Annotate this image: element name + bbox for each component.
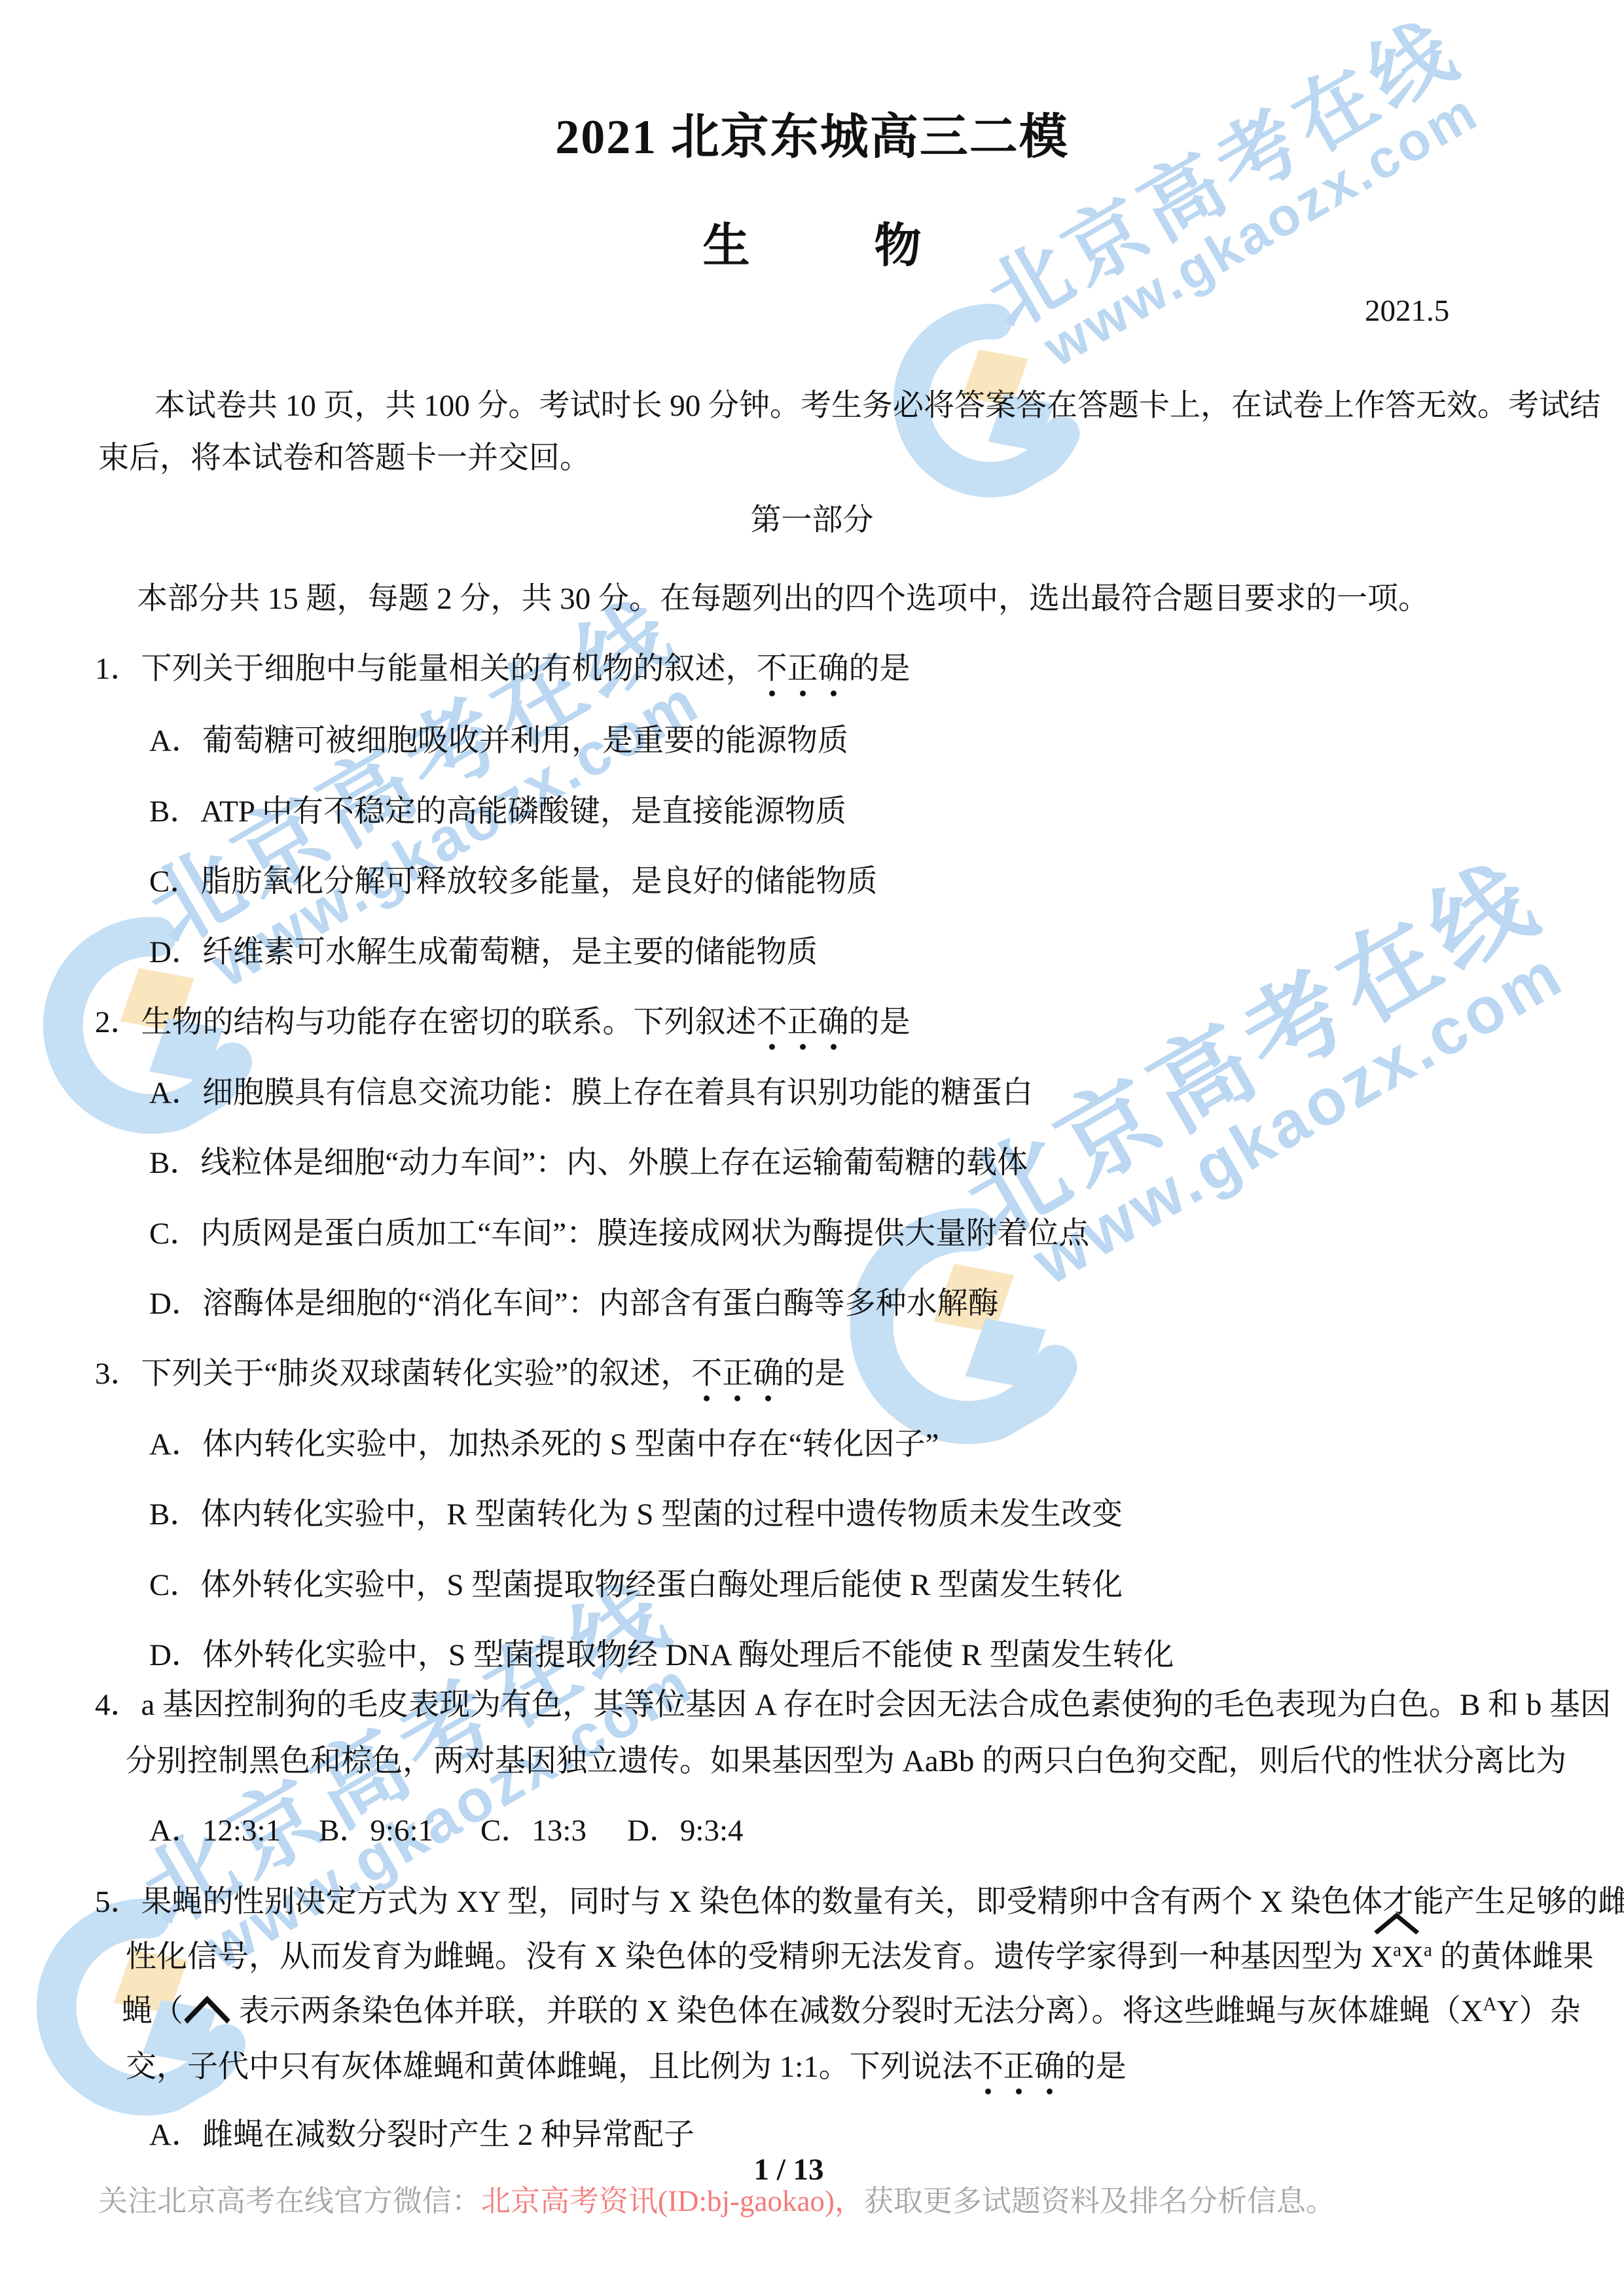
q3-stem: 3．下列关于“肺炎双球菌转化实验”的叙述，不正确的是 bbox=[95, 1354, 845, 1393]
q5-stem-line-3: 蝇（ 表示两条染色体并联，并联的 X 染色体在减数分裂时无法分离）。将这些雌蝇与… bbox=[122, 1992, 1580, 2031]
footer-note: 关注北京高考在线官方微信：北京高考资讯(ID:bj-gaokao)，获取更多试题… bbox=[98, 2177, 1335, 2219]
superscript-allele: A bbox=[1483, 1994, 1496, 2015]
intro-line-1: 本试卷共 10 页，共 100 分。考试时长 90 分钟。考生务必将答案答在答题… bbox=[154, 386, 1600, 425]
emphasized-text: 不正确 bbox=[757, 652, 849, 697]
q4-options-row: A．12:3:1B．9:6:1C．13:3D．9:3:4 bbox=[149, 1811, 744, 1850]
intro-line-2: 束后，将本试卷和答题卡一并交回。 bbox=[98, 439, 590, 478]
q5-stem-line-2: 性化信号，从而发育为雌蝇。没有 X 染色体的受精卵无法发育。遗传学家得到一种基因… bbox=[126, 1937, 1594, 1977]
q2-stem: 2．生物的结构与功能存在密切的联系。下列叙述不正确的是 bbox=[95, 1003, 911, 1042]
section-heading: 第一部分 bbox=[0, 501, 1624, 540]
q2-option-c: C．内质网是蛋白质加工“车间”：膜连接成网状为酶提供大量附着位点 bbox=[149, 1214, 1089, 1253]
q2-option-d: D．溶酶体是细胞的“消化车间”：内部含有蛋白酶等多种水解酶 bbox=[149, 1284, 999, 1323]
q1-option-b: B．ATP 中有不稳定的高能磷酸键，是直接能源物质 bbox=[149, 792, 846, 831]
footer-suffix: 获取更多试题资料及排名分析信息。 bbox=[864, 2185, 1335, 2217]
q3-option-d: D．体外转化实验中，S 型菌提取物经 DNA 酶处理后不能使 R 型菌发生转化 bbox=[149, 1636, 1174, 1675]
linked-x-chromosome-genotype: XaXa bbox=[1371, 1937, 1432, 1977]
exam-paper-page: { "doc": { "exam_title": "2021 北京东城高三二模"… bbox=[0, 0, 1624, 2296]
emphasized-text: 不正确 bbox=[691, 1357, 784, 1402]
q3-option-c: C．体外转化实验中，S 型菌提取物经蛋白酶处理后能使 R 型菌发生转化 bbox=[149, 1566, 1123, 1605]
q1-option-a: A．葡萄糖可被细胞吸收并利用，是重要的能源物质 bbox=[149, 721, 848, 761]
q3-option-b: B．体内转化实验中，R 型菌转化为 S 型菌的过程中遗传物质未发生改变 bbox=[149, 1495, 1123, 1534]
footer-wechat-id: 北京高考资讯(ID:bj-gaokao)， bbox=[481, 2185, 864, 2217]
emphasized-text: 不正确 bbox=[973, 2050, 1065, 2095]
superscript-allele: a bbox=[1424, 1939, 1432, 1960]
chromosome-link-caret-icon bbox=[183, 1996, 231, 2024]
q1-option-d: D．纤维素可水解生成葡萄糖，是主要的储能物质 bbox=[149, 933, 818, 972]
chromosome-link-caret-icon bbox=[1373, 1912, 1420, 1935]
q2-option-a: A．细胞膜具有信息交流功能：膜上存在着具有识别功能的糖蛋白 bbox=[149, 1073, 1033, 1113]
q2-option-b: B．线粒体是细胞“动力车间”：内、外膜上存在运输葡萄糖的载体 bbox=[149, 1143, 1028, 1183]
superscript-allele: a bbox=[1393, 1939, 1401, 1960]
footer-prefix: 关注北京高考在线官方微信： bbox=[98, 2185, 481, 2217]
q5-stem-line-4: 交，子代中只有灰体雄蝇和黄体雌蝇，且比例为 1:1。下列说法不正确的是 bbox=[126, 2047, 1127, 2087]
q5-option-a: A．雌蝇在减数分裂时产生 2 种异常配子 bbox=[149, 2115, 695, 2155]
emphasized-text: 不正确 bbox=[757, 1005, 849, 1050]
q4-stem-line-2: 分别控制黑色和棕色，两对基因独立遗传。如果基因型为 AaBb 的两只白色狗交配，… bbox=[126, 1742, 1566, 1781]
part1-instructions: 本部分共 15 题，每题 2 分，共 30 分。在每题列出的四个选项中，选出最符… bbox=[137, 579, 1429, 619]
q4-stem-line-1: 4．a 基因控制狗的毛皮表现为有色，其等位基因 A 存在时会因无法合成色素使狗的… bbox=[95, 1685, 1611, 1725]
document-body: 本试卷共 10 页，共 100 分。考试时长 90 分钟。考生务必将答案答在答题… bbox=[0, 0, 1624, 2296]
q1-option-c: C．脂肪氧化分解可释放较多能量，是良好的储能物质 bbox=[149, 862, 877, 901]
q3-option-a: A．体内转化实验中，加热杀死的 S 型菌中存在“转化因子” bbox=[149, 1425, 939, 1464]
q1-stem: 1．下列关于细胞中与能量相关的有机物的叙述，不正确的是 bbox=[95, 649, 911, 689]
